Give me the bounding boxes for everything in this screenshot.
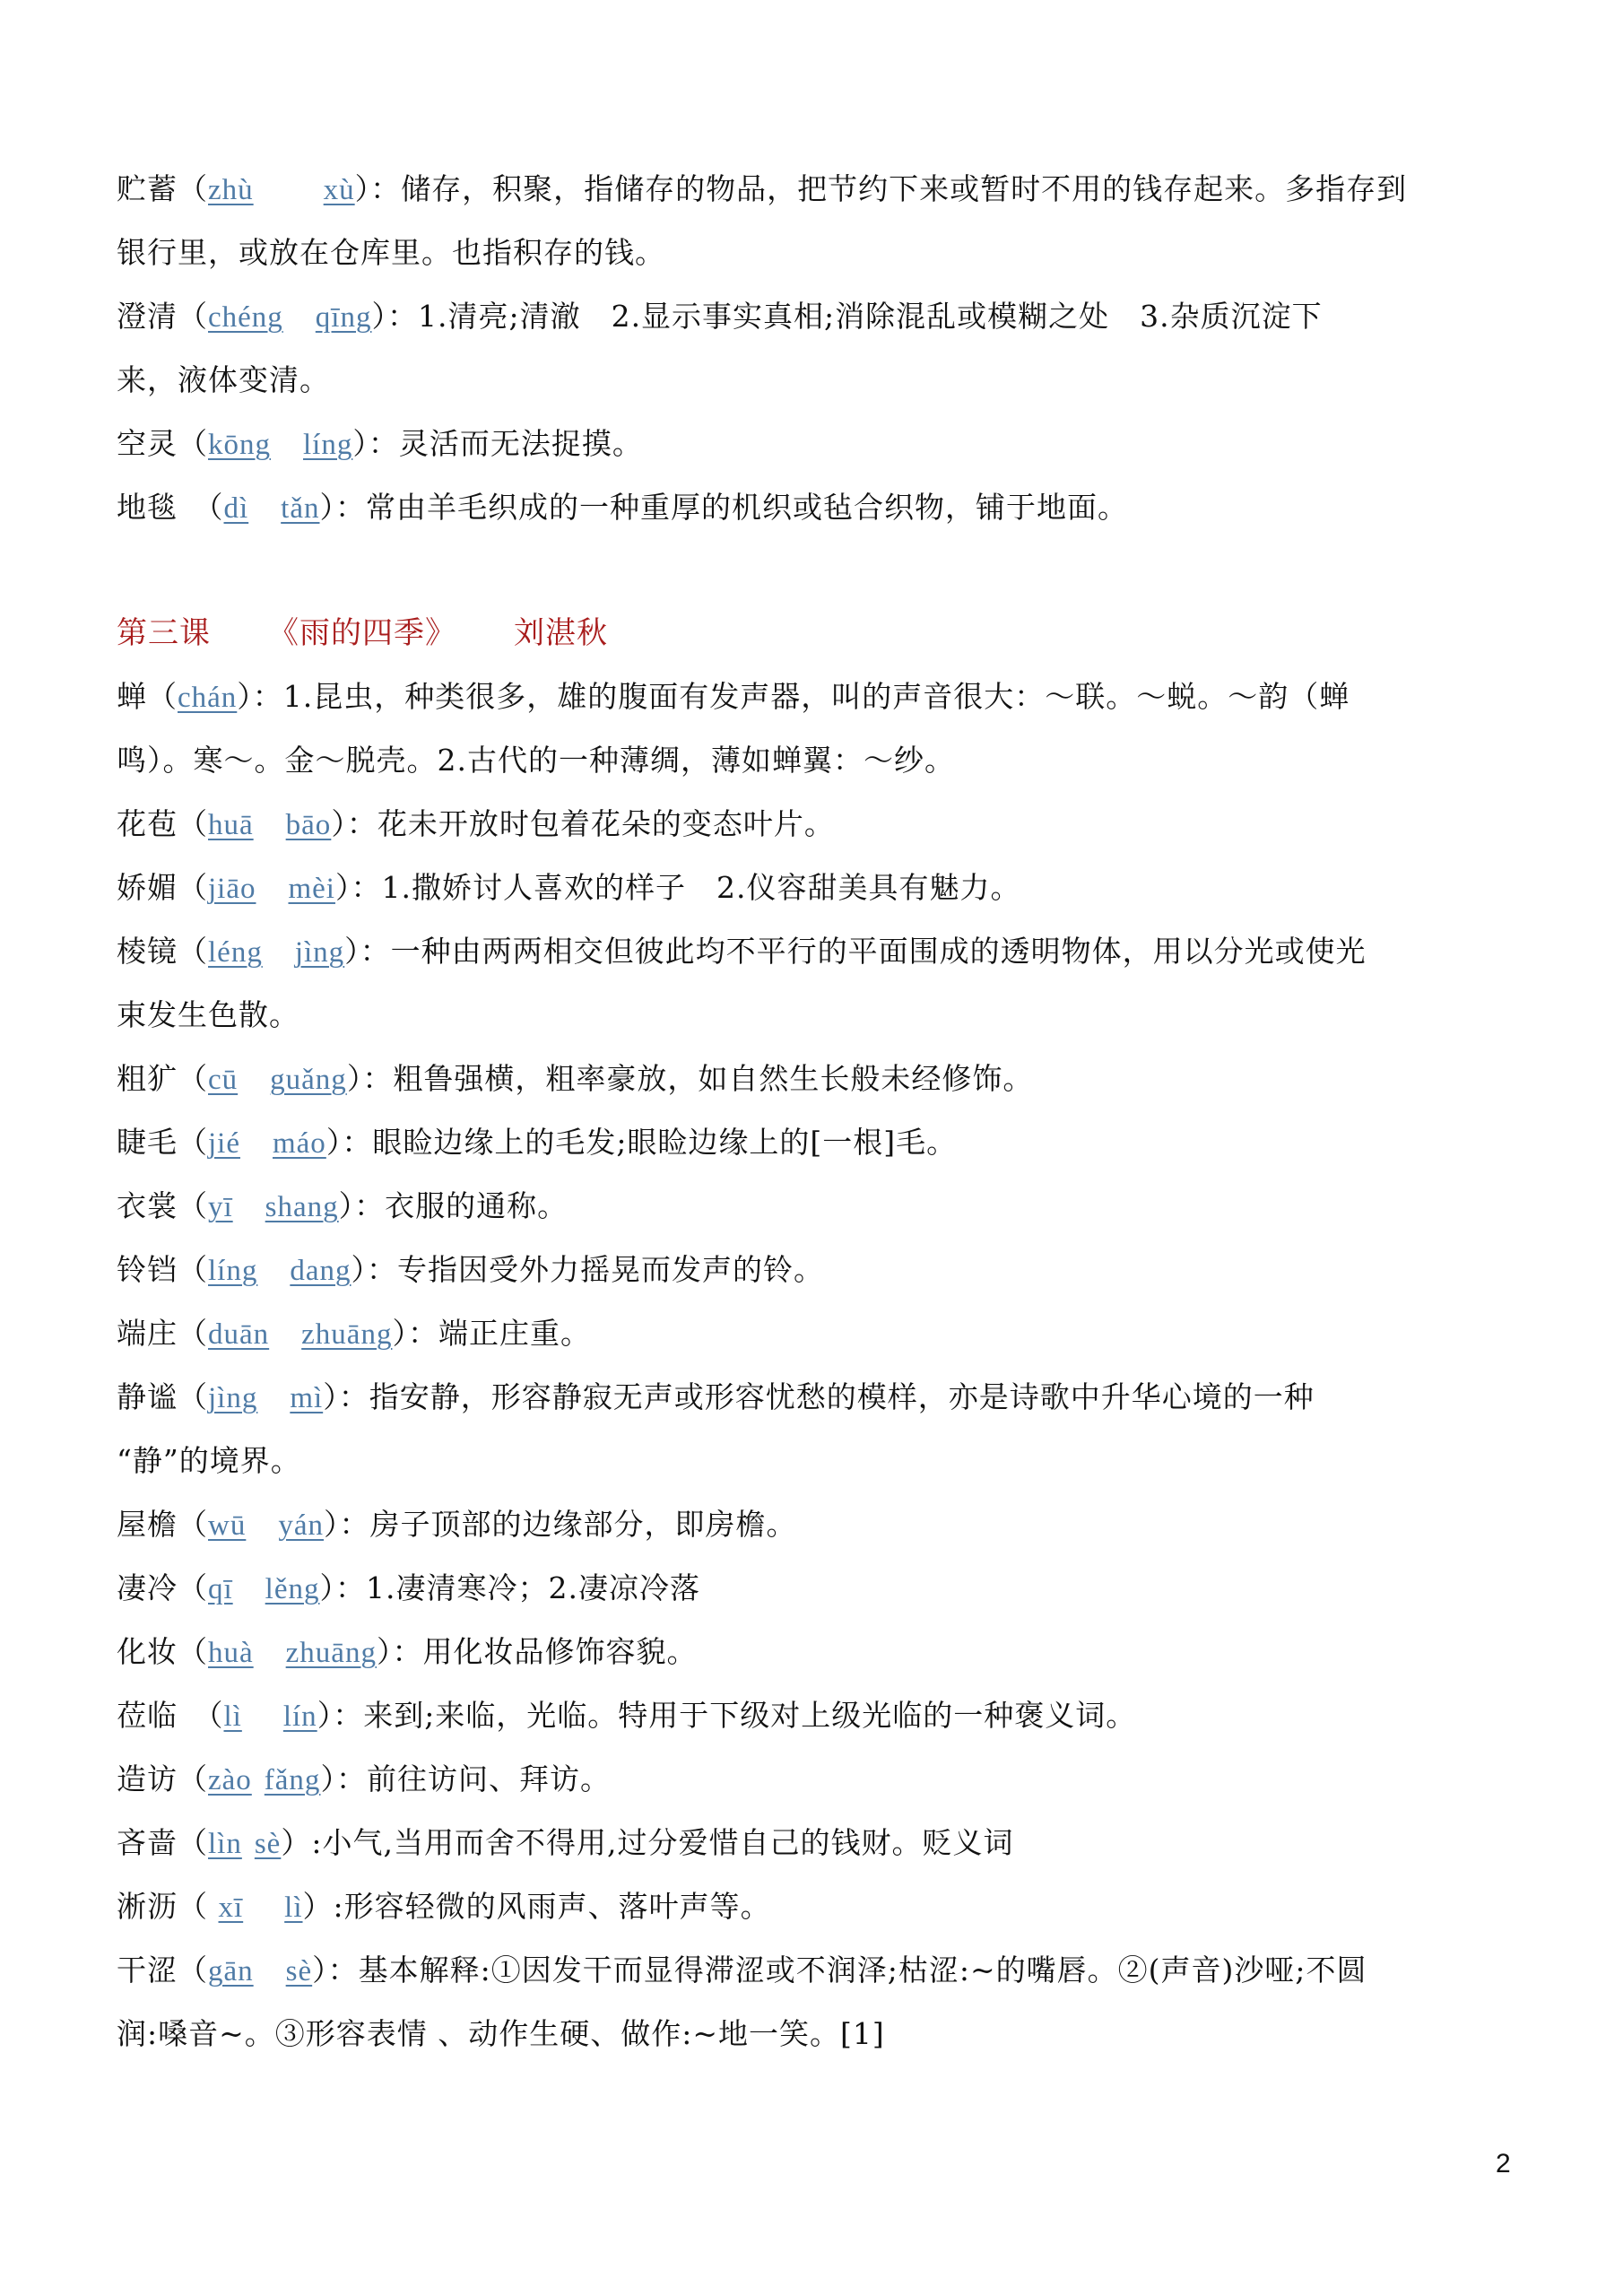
entry-duanzhuang: 端庄（duānzhuāng）：端正庄重。 xyxy=(117,1311,1533,1356)
entry-word: 莅临 xyxy=(117,1698,178,1733)
pinyin-link[interactable]: lěng xyxy=(265,1573,320,1605)
entry-word: 澄清 xyxy=(117,299,178,334)
pinyin-link[interactable]: bāo xyxy=(286,809,332,841)
pinyin-link[interactable]: zhù xyxy=(208,174,254,206)
entry-lingdang: 铃铛（língdang）：专指因受外力摇晃而发声的铃。 xyxy=(117,1248,1533,1292)
pinyin-link[interactable]: dang xyxy=(290,1255,351,1287)
pinyin-link[interactable]: sè xyxy=(286,1955,313,1987)
entry-zhuxu: 贮蓄（zhùxù）：储存，积聚，指储存的物品，把节约下来或暂时不用的钱存起来。多… xyxy=(117,167,1533,212)
entry-jingmi-cont: “静”的境界。 xyxy=(117,1439,1533,1483)
entry-linse: 吝啬（lìnsè）:小气,当用而舍不得用,过分爱惜自己的钱财。贬义词 xyxy=(117,1821,1533,1865)
entry-word: 铃铛 xyxy=(117,1252,178,1287)
pinyin-link[interactable]: lì xyxy=(224,1700,242,1733)
entry-definition: “静”的境界。 xyxy=(117,1443,301,1478)
entry-word: 衣裳 xyxy=(117,1188,178,1223)
entry-cuguang: 粗犷（cūguǎng）：粗鲁强横，粗率豪放，如自然生长般未经修饰。 xyxy=(117,1057,1533,1101)
entry-word: 干涩 xyxy=(117,1952,178,1987)
pinyin-link[interactable]: sè xyxy=(255,1828,282,1860)
pinyin-link[interactable]: cū xyxy=(208,1064,238,1096)
pinyin-link[interactable]: qīng xyxy=(316,301,372,334)
entry-lengjing: 棱镜（léngjìng）：一种由两两相交但彼此均不平行的平面围成的透明物体，用以… xyxy=(117,929,1533,974)
entry-jiaomei: 娇媚（jiāomèi）：1.撒娇讨人喜欢的样子 2.仪容甜美具有魅力。 xyxy=(117,865,1533,910)
lesson-title: 《雨的四季》 xyxy=(268,615,456,651)
entry-jiemao: 睫毛（jiémáo）：眼睑边缘上的毛发;眼睑边缘上的[一根]毛。 xyxy=(117,1120,1533,1165)
entry-definition: 银行里，或放在仓库里。也指积存的钱。 xyxy=(117,235,665,270)
pinyin-link[interactable]: jiāo xyxy=(208,873,256,905)
pinyin-link[interactable]: zhuāng xyxy=(286,1637,377,1669)
entry-word: 地毯 xyxy=(117,490,178,525)
entry-definition: ：1.撒娇讨人喜欢的样子 2.仪容甜美具有魅力。 xyxy=(351,870,1020,905)
entry-chengqing: 澄清（chéngqīng）：1.清亮;清澈 2.显示事实真相;消除混乱或模糊之处… xyxy=(117,294,1533,339)
pinyin-link[interactable]: líng xyxy=(208,1255,257,1287)
entry-word: 凄冷 xyxy=(117,1570,178,1605)
entry-chengqing-cont: 来，液体变清。 xyxy=(117,358,1533,403)
entry-word: 棱镜 xyxy=(117,934,178,969)
pinyin-link[interactable]: léng xyxy=(208,936,263,969)
entry-definition: ：专指因受外力摇晃而发声的铃。 xyxy=(367,1252,824,1287)
entry-word: 化妆 xyxy=(117,1634,178,1669)
entry-yishang: 衣裳（yīshang）：衣服的通称。 xyxy=(117,1184,1533,1229)
pinyin-link[interactable]: huà xyxy=(208,1637,254,1669)
pinyin-link[interactable]: yī xyxy=(208,1191,233,1223)
entry-definition: ：1.昆虫，种类很多，雄的腹面有发声器，叫的声音很大：～联。～蜕。～韵（蝉 xyxy=(253,679,1350,714)
lesson-number: 第三课 xyxy=(117,615,211,651)
lesson-heading: 第三课《雨的四季》刘湛秋 xyxy=(117,611,1533,656)
pinyin-link[interactable]: qī xyxy=(208,1573,233,1605)
entry-definition: ：灵活而无法捉摸。 xyxy=(369,426,643,461)
pinyin-link[interactable]: lín xyxy=(283,1700,317,1733)
page-number: 2 xyxy=(1496,2149,1511,2179)
pinyin-link[interactable]: xī xyxy=(219,1892,244,1924)
entry-huazhuang: 化妆（huàzhuāng）：用化妆品修饰容貌。 xyxy=(117,1630,1533,1674)
entry-word: 睫毛 xyxy=(117,1125,178,1160)
entry-definition: ：用化妆品修饰容貌。 xyxy=(392,1634,697,1669)
entry-definition: ：储存，积聚，指储存的物品，把节约下来或暂时不用的钱存起来。多指存到 xyxy=(370,171,1407,206)
entry-word: 花苞 xyxy=(117,806,178,841)
entry-definition: ：指安静，形容静寂无声或形容忧愁的模样，亦是诗歌中升华心境的一种 xyxy=(339,1379,1315,1414)
entry-definition: ：前往访问、拜访。 xyxy=(336,1761,611,1796)
pinyin-link[interactable]: huā xyxy=(208,809,254,841)
entry-definition: 润:嗓音~。③形容表情 、动作生硬、做作:~地一笑。[1] xyxy=(117,2016,885,2051)
pinyin-link[interactable]: jìng xyxy=(208,1382,257,1414)
entry-definition: ：常由羊毛织成的一种重厚的机织或毡合织物，铺于地面。 xyxy=(335,490,1128,525)
pinyin-link[interactable]: wū xyxy=(208,1509,246,1542)
pinyin-link[interactable]: guǎng xyxy=(270,1064,347,1096)
entry-word: 粗犷 xyxy=(117,1061,178,1096)
pinyin-link[interactable]: zhuāng xyxy=(301,1318,392,1351)
entry-lengjing-cont: 束发生色散。 xyxy=(117,993,1533,1038)
entry-word: 屋檐 xyxy=(117,1507,178,1542)
pinyin-link[interactable]: chán xyxy=(178,682,237,714)
lesson-author: 刘湛秋 xyxy=(514,615,608,651)
entry-word: 娇媚 xyxy=(117,870,178,905)
entry-word: 空灵 xyxy=(117,426,178,461)
entry-word: 端庄 xyxy=(117,1316,178,1351)
entry-lilin: 莅临 （lìlín）：来到;来临，光临。特用于下级对上级光临的一种褒义词。 xyxy=(117,1693,1533,1738)
entry-definition: ：一种由两两相交但彼此均不平行的平面围成的透明物体，用以分光或使光 xyxy=(360,934,1367,969)
entry-word: 蝉 xyxy=(117,679,147,714)
pinyin-link[interactable]: lì xyxy=(284,1892,302,1924)
entry-word: 贮蓄 xyxy=(117,171,178,206)
entry-definition: ：来到;来临，光临。特用于下级对上级光临的一种褒义词。 xyxy=(333,1698,1136,1733)
pinyin-link[interactable]: zào xyxy=(208,1764,252,1796)
entry-ganse-cont: 润:嗓音~。③形容表情 、动作生硬、做作:~地一笑。[1] xyxy=(117,2012,1533,2057)
pinyin-link[interactable]: jìng xyxy=(295,936,344,969)
document-page: 贮蓄（zhùxù）：储存，积聚，指储存的物品，把节约下来或暂时不用的钱存起来。多… xyxy=(0,0,1623,2296)
entry-definition: ：基本解释:①因发干而显得滞涩或不润泽;枯涩:~的嘴唇。②(声音)沙哑;不圆 xyxy=(328,1952,1367,1987)
pinyin-link[interactable]: lìn xyxy=(208,1828,242,1860)
entry-zaofang: 造访（zàofǎng）：前往访问、拜访。 xyxy=(117,1757,1533,1802)
pinyin-link[interactable]: máo xyxy=(273,1127,326,1160)
entry-ditan: 地毯 （dìtǎn）：常由羊毛织成的一种重厚的机织或毡合织物，铺于地面。 xyxy=(117,485,1533,530)
entry-word: 造访 xyxy=(117,1761,178,1796)
entry-ganse: 干涩（gānsè）：基本解释:①因发干而显得滞涩或不润泽;枯涩:~的嘴唇。②(声… xyxy=(117,1948,1533,1993)
entry-zhuxu-cont: 银行里，或放在仓库里。也指积存的钱。 xyxy=(117,230,1533,275)
pinyin-link[interactable]: chéng xyxy=(208,301,283,334)
pinyin-link[interactable]: gān xyxy=(208,1955,254,1987)
entry-word: 静谧 xyxy=(117,1379,178,1414)
entry-chan: 蝉（chán）：1.昆虫，种类很多，雄的腹面有发声器，叫的声音很大：～联。～蜕。… xyxy=(117,674,1533,719)
entry-definition: 来，液体变清。 xyxy=(117,362,330,397)
pinyin-link[interactable]: tǎn xyxy=(281,492,319,525)
entry-word: 吝啬 xyxy=(117,1825,178,1860)
entry-definition: 鸣）。寒～。金～脱壳。2.古代的一种薄绸，薄如蝉翼：～纱。 xyxy=(117,743,955,778)
pinyin-link[interactable]: mì xyxy=(290,1382,323,1414)
entry-definition: :形容轻微的风雨声、落叶声等。 xyxy=(334,1889,771,1924)
pinyin-link[interactable]: duān xyxy=(208,1318,269,1351)
entry-definition: ：眼睑边缘上的毛发;眼睑边缘上的[一根]毛。 xyxy=(342,1125,957,1160)
pinyin-link[interactable]: mèi xyxy=(288,873,334,905)
entry-definition: ：1.清亮;清澈 2.显示事实真相;消除混乱或模糊之处 3.杂质沉淀下 xyxy=(387,299,1323,334)
entry-definition: ：端正庄重。 xyxy=(408,1316,591,1351)
entry-word: 淅沥 xyxy=(117,1889,178,1924)
pinyin-link[interactable]: xù xyxy=(324,174,355,206)
entry-definition: ：1.凄清寒冷；2.凄凉冷落 xyxy=(335,1570,700,1605)
pinyin-link[interactable]: dì xyxy=(224,492,249,525)
pinyin-link[interactable]: kōng xyxy=(208,429,271,461)
pinyin-link[interactable]: fǎng xyxy=(265,1764,321,1796)
entry-kongling: 空灵（kōnglíng）：灵活而无法捉摸。 xyxy=(117,422,1533,466)
entry-chan-cont: 鸣）。寒～。金～脱壳。2.古代的一种薄绸，薄如蝉翼：～纱。 xyxy=(117,738,1533,783)
entry-jingmi: 静谧（jìngmì）：指安静，形容静寂无声或形容忧愁的模样，亦是诗歌中升华心境的… xyxy=(117,1375,1533,1420)
entry-definition: ：粗鲁强横，粗率豪放，如自然生长般未经修饰。 xyxy=(362,1061,1033,1096)
pinyin-link[interactable]: jié xyxy=(208,1127,240,1160)
pinyin-link[interactable]: shang xyxy=(265,1191,339,1223)
entry-definition: ：房子顶部的边缘部分，即房檐。 xyxy=(340,1507,797,1542)
entry-definition: :小气,当用而舍不得用,过分爱惜自己的钱财。贬义词 xyxy=(311,1825,1013,1860)
entry-definition: 束发生色散。 xyxy=(117,997,299,1032)
entry-wuyan: 屋檐（wūyán）：房子顶部的边缘部分，即房檐。 xyxy=(117,1502,1533,1547)
entry-xili: 淅沥（ xīlì）:形容轻微的风雨声、落叶声等。 xyxy=(117,1884,1533,1929)
entry-definition: ：衣服的通称。 xyxy=(354,1188,568,1223)
entry-definition: ：花未开放时包着花朵的变态叶片。 xyxy=(347,806,835,841)
pinyin-link[interactable]: líng xyxy=(303,429,352,461)
entry-qileng: 凄冷（qīlěng）：1.凄清寒冷；2.凄凉冷落 xyxy=(117,1566,1533,1611)
pinyin-link[interactable]: yán xyxy=(278,1509,324,1542)
entry-huabao: 花苞（huābāo）：花未开放时包着花朵的变态叶片。 xyxy=(117,802,1533,847)
